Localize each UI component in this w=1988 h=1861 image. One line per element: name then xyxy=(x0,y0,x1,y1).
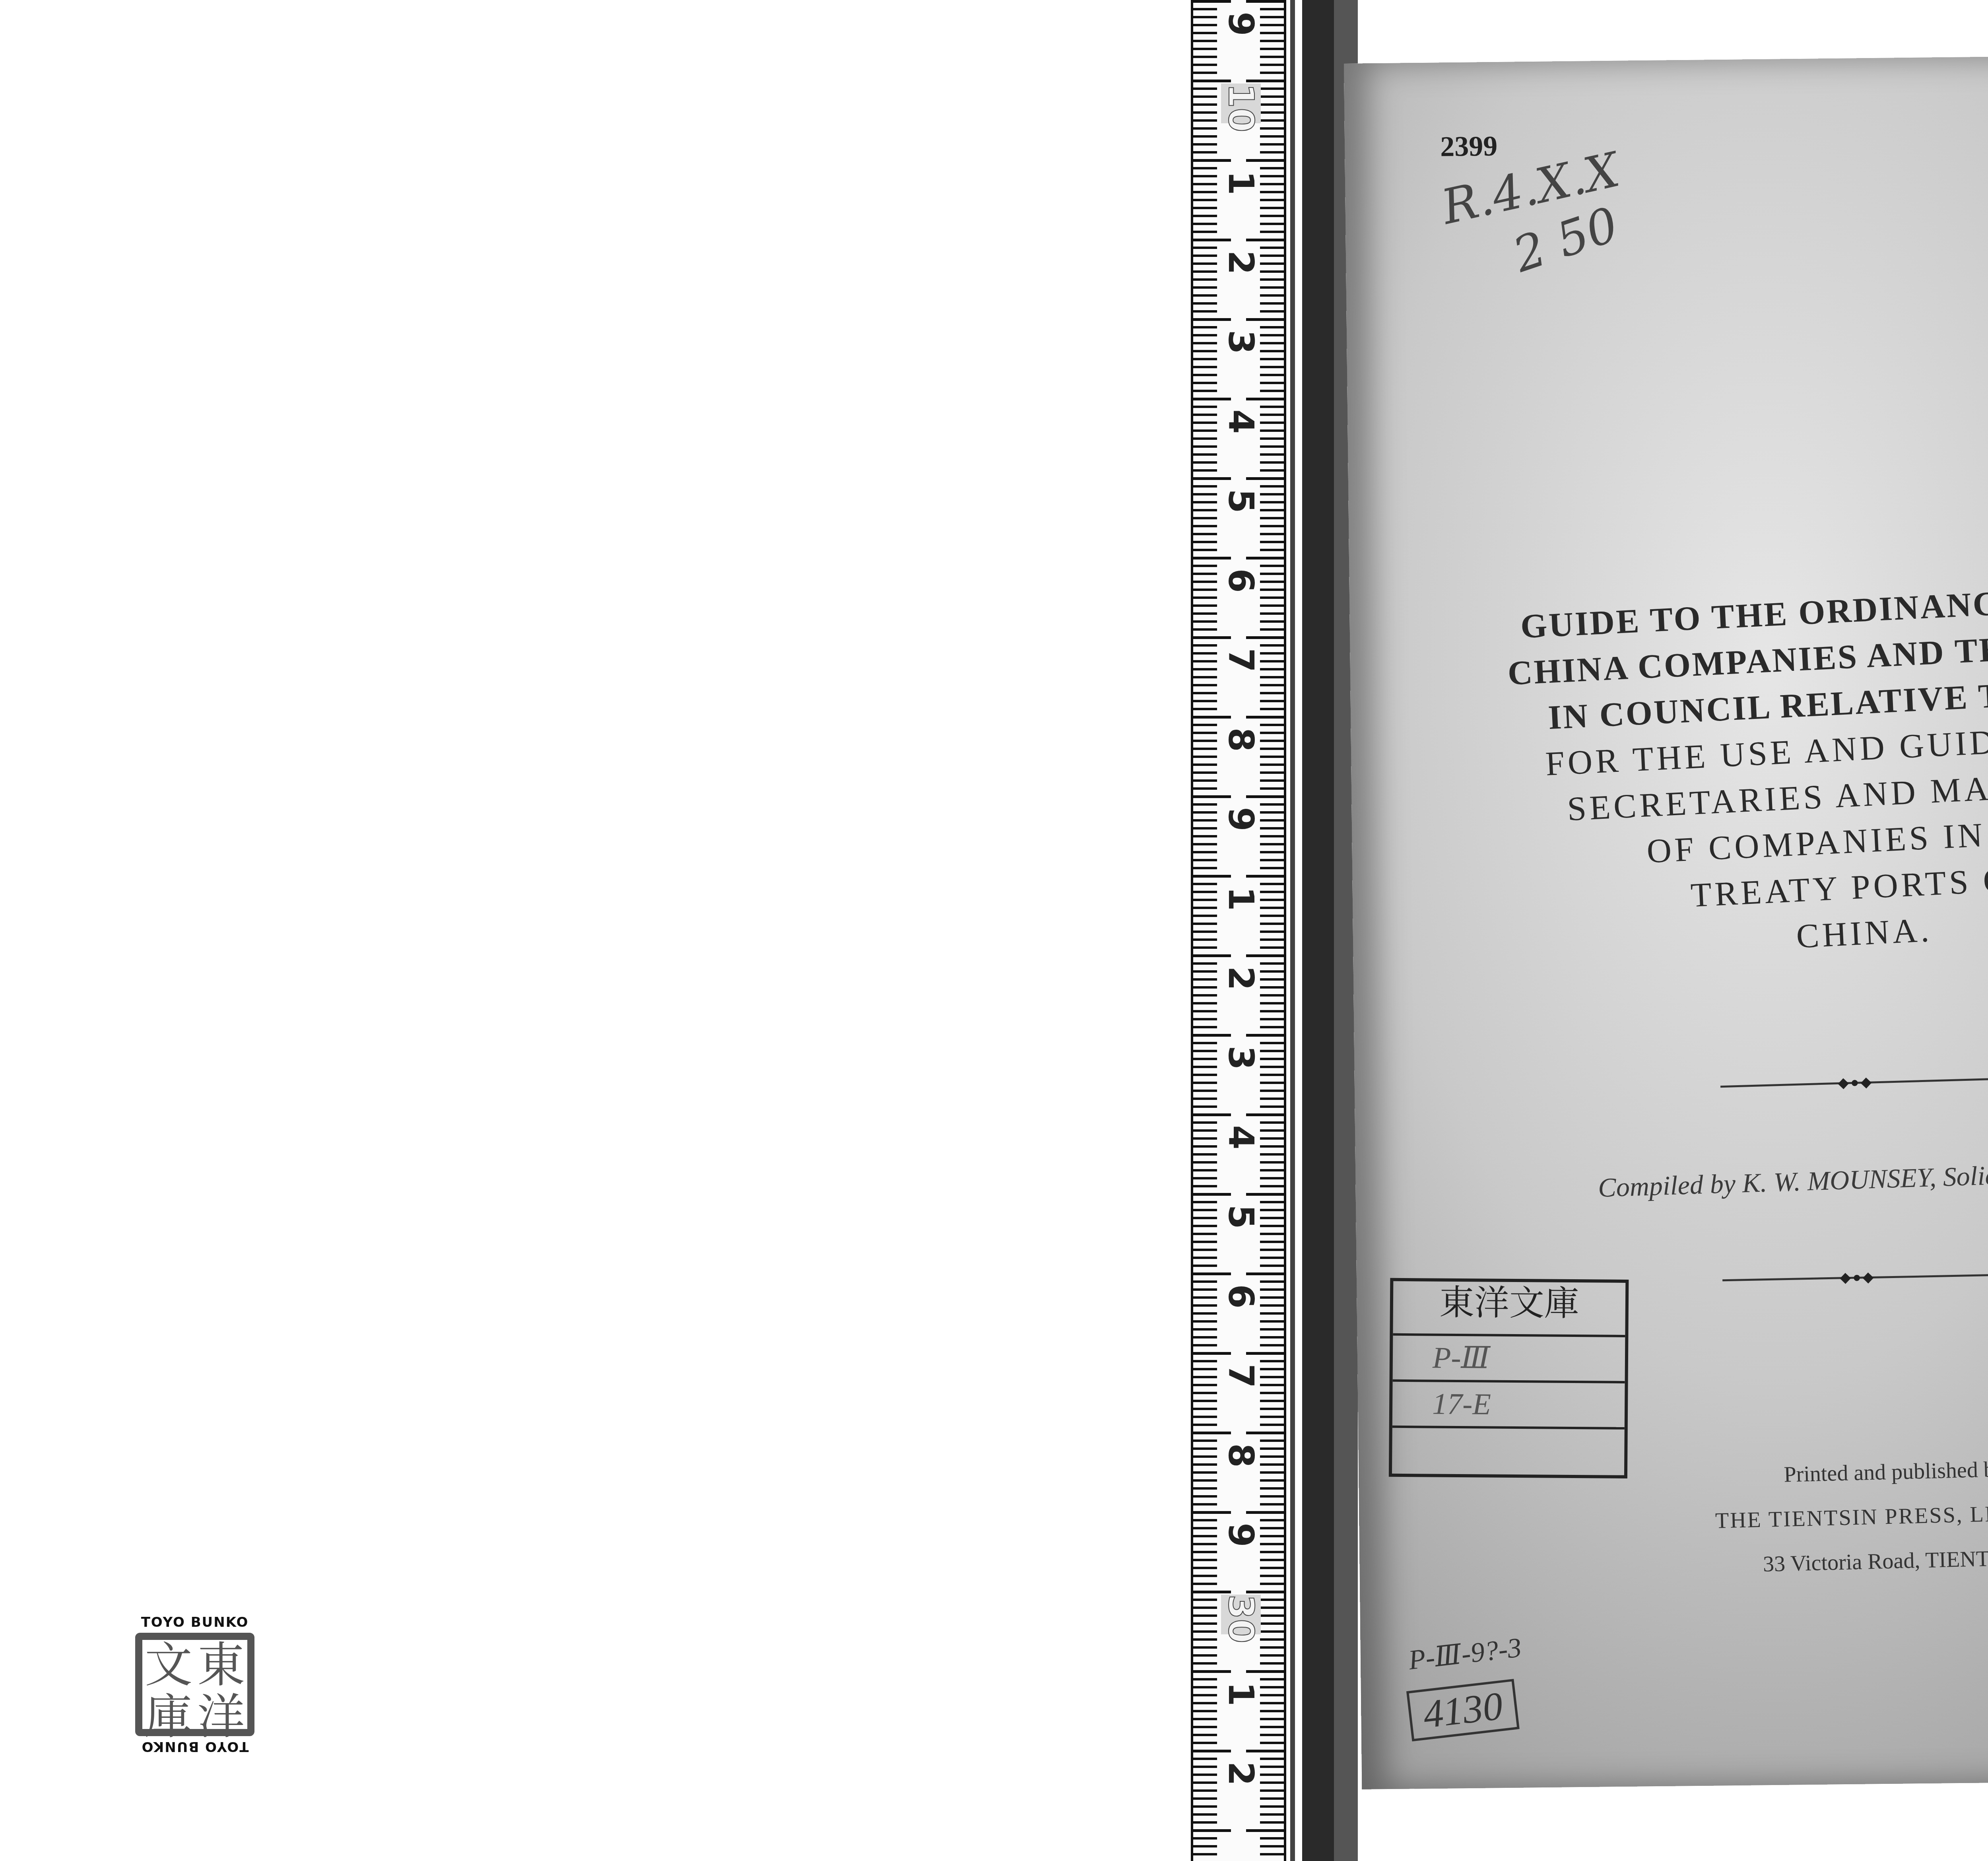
ornamental-divider: ◆●◆ xyxy=(1720,1072,1988,1092)
seal-char: 文 xyxy=(142,1640,195,1692)
stamp-row xyxy=(1392,1428,1625,1475)
ruler-number: 4 xyxy=(1221,1117,1261,1157)
seal-char: 洋 xyxy=(195,1692,247,1743)
ruler-number: 2 xyxy=(1221,958,1261,998)
ruler-number: 10 xyxy=(1221,84,1261,123)
ruler-number: 9 xyxy=(1221,799,1261,839)
ruler-number: 30 xyxy=(1221,1595,1261,1634)
seal-char: 東 xyxy=(195,1640,247,1692)
ruler-number: 9 xyxy=(1221,1515,1261,1555)
library-stamp: 東洋文庫 P-Ⅲ 17-E xyxy=(1389,1278,1629,1478)
publisher-line: Printed and published by xyxy=(1596,1442,1988,1502)
ruler-number: 1 xyxy=(1221,1674,1261,1714)
ruler-number: 1 xyxy=(1221,879,1261,919)
ruler-number: 8 xyxy=(1221,1436,1261,1475)
ruler-number: 8 xyxy=(1221,720,1261,760)
ruler-number: 9 xyxy=(1221,4,1261,44)
ruler-number: 1 xyxy=(1221,163,1261,203)
stamp-header: 東洋文庫 xyxy=(1393,1281,1625,1338)
call-number: P-Ⅲ-9?-3 xyxy=(1407,1631,1523,1676)
publisher-block: Printed and published by THE TIENTSIN PR… xyxy=(1596,1442,1988,1591)
ruler-number: 5 xyxy=(1221,481,1261,521)
logo-text-bottom: TOYO BUNKO xyxy=(127,1739,262,1754)
measuring-ruler: 9101234567891234567893012 xyxy=(1191,0,1286,1861)
ruler-number: 5 xyxy=(1221,1197,1261,1237)
accession-number: 2399 xyxy=(1440,130,1498,163)
ruler-number: 6 xyxy=(1221,1276,1261,1316)
stamp-row: P-Ⅲ xyxy=(1393,1336,1625,1383)
stamp-row: 17-E xyxy=(1392,1382,1625,1430)
ornamental-divider: ◆●◆ xyxy=(1722,1269,1988,1286)
boxed-number: 4130 xyxy=(1406,1679,1520,1741)
logo-text-top: TOYO BUNKO xyxy=(127,1614,262,1630)
cover-title: GUIDE TO THE ORDINANCE LAW OF CHINA COMP… xyxy=(1390,565,1988,978)
seal-char: 庫 xyxy=(142,1692,195,1743)
toyo-bunko-logo-left: TOYO BUNKO 文 東 庫 洋 TOYO BUNKO xyxy=(127,1614,262,1754)
ruler-number: 4 xyxy=(1221,402,1261,441)
ruler-number: 3 xyxy=(1221,1038,1261,1078)
ruler-number: 7 xyxy=(1221,640,1261,680)
ruler-number: 7 xyxy=(1221,1356,1261,1396)
divider-ornament-icon: ◆●◆ xyxy=(1820,1075,1892,1089)
ruler-number: 2 xyxy=(1221,1754,1261,1793)
logo-seal: 文 東 庫 洋 xyxy=(135,1633,254,1736)
ruler-number: 3 xyxy=(1221,322,1261,362)
book-cover: 2399 R.4.X.X 2 50 GUIDE TO THE ORDINANCE… xyxy=(1344,53,1988,1789)
ruler-number: 6 xyxy=(1221,561,1261,600)
compiled-by: Compiled by K. W. MOUNSEY, Solicitor, Ti… xyxy=(1411,1149,1988,1209)
ruler-number: 2 xyxy=(1221,243,1261,282)
divider-ornament-icon: ◆●◆ xyxy=(1822,1270,1894,1284)
